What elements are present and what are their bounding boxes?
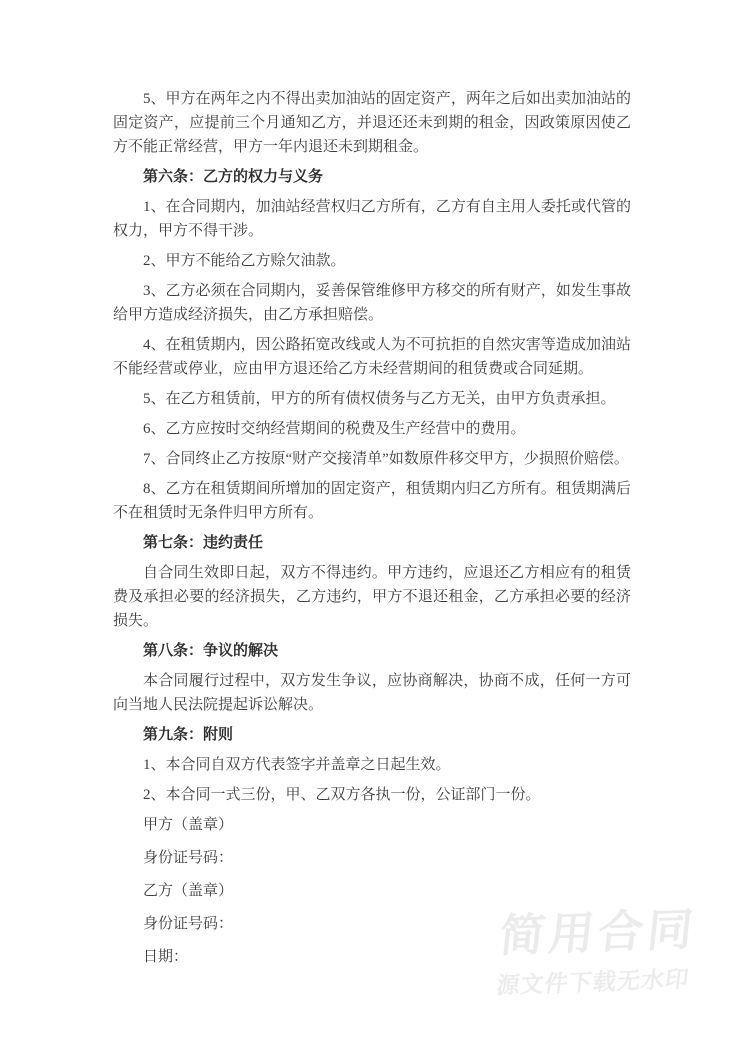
article-6-item-3: 3、乙方必须在合同期内，妥善保管维修甲方移交的所有财产，如发生事故给甲方造成经济… [113, 279, 631, 327]
article-6-item-5: 5、在乙方租赁前，甲方的所有债权债务与乙方无关，由甲方负责承担。 [113, 387, 631, 411]
contract-body: 5、甲方在两年之内不得出卖加油站的固定资产，两年之后如出卖加油站的固定资产，应提… [113, 87, 631, 978]
article-8-text: 本合同履行过程中，双方发生争议，应协商解决，协商不成，任何一方可向当地人民法院提… [113, 669, 631, 717]
clause-5-continued: 5、甲方在两年之内不得出卖加油站的固定资产，两年之后如出卖加油站的固定资产，应提… [113, 87, 631, 159]
contract-page: { "page": { "background": "#ffffff", "te… [0, 0, 742, 1049]
signature-date-line: 日期： [113, 945, 631, 969]
article-9-item-2: 2、本合同一式三份，甲、乙双方各执一份，公证部门一份。 [113, 783, 631, 807]
signature-party-b-id: 身份证号码： [113, 912, 631, 936]
article-6-item-1: 1、在合同期内，加油站经营权归乙方所有，乙方有自主用人委托或代管的权力，甲方不得… [113, 195, 631, 243]
article-6-item-8: 8、乙方在租赁期间所增加的固定资产，租赁期内归乙方所有。租赁期满后不在租赁时无条… [113, 477, 631, 525]
heading-article-8: 第八条：争议的解决 [113, 639, 631, 663]
heading-article-9: 第九条：附则 [113, 723, 631, 747]
signature-party-a-id: 身份证号码： [113, 846, 631, 870]
heading-article-7: 第七条：违约责任 [113, 531, 631, 555]
signature-party-b-seal: 乙方（盖章） [113, 879, 631, 903]
article-7-text: 自合同生效即日起，双方不得违约。甲方违约，应退还乙方相应有的租赁费及承担必要的经… [113, 561, 631, 633]
heading-article-6: 第六条：乙方的权力与义务 [113, 165, 631, 189]
article-6-item-2: 2、甲方不能给乙方赊欠油款。 [113, 249, 631, 273]
article-6-item-6: 6、乙方应按时交纳经营期间的税费及生产经营中的费用。 [113, 417, 631, 441]
article-6-item-7: 7、合同终止乙方按原“财产交接清单”如数原件移交甲方，少损照价赔偿。 [113, 447, 631, 471]
signature-party-a-seal: 甲方（盖章） [113, 813, 631, 837]
article-6-item-4: 4、在租赁期内，因公路拓宽改线或人为不可抗拒的自然灾害等造成加油站不能经营或停业… [113, 333, 631, 381]
article-9-item-1: 1、本合同自双方代表签字并盖章之日起生效。 [113, 753, 631, 777]
